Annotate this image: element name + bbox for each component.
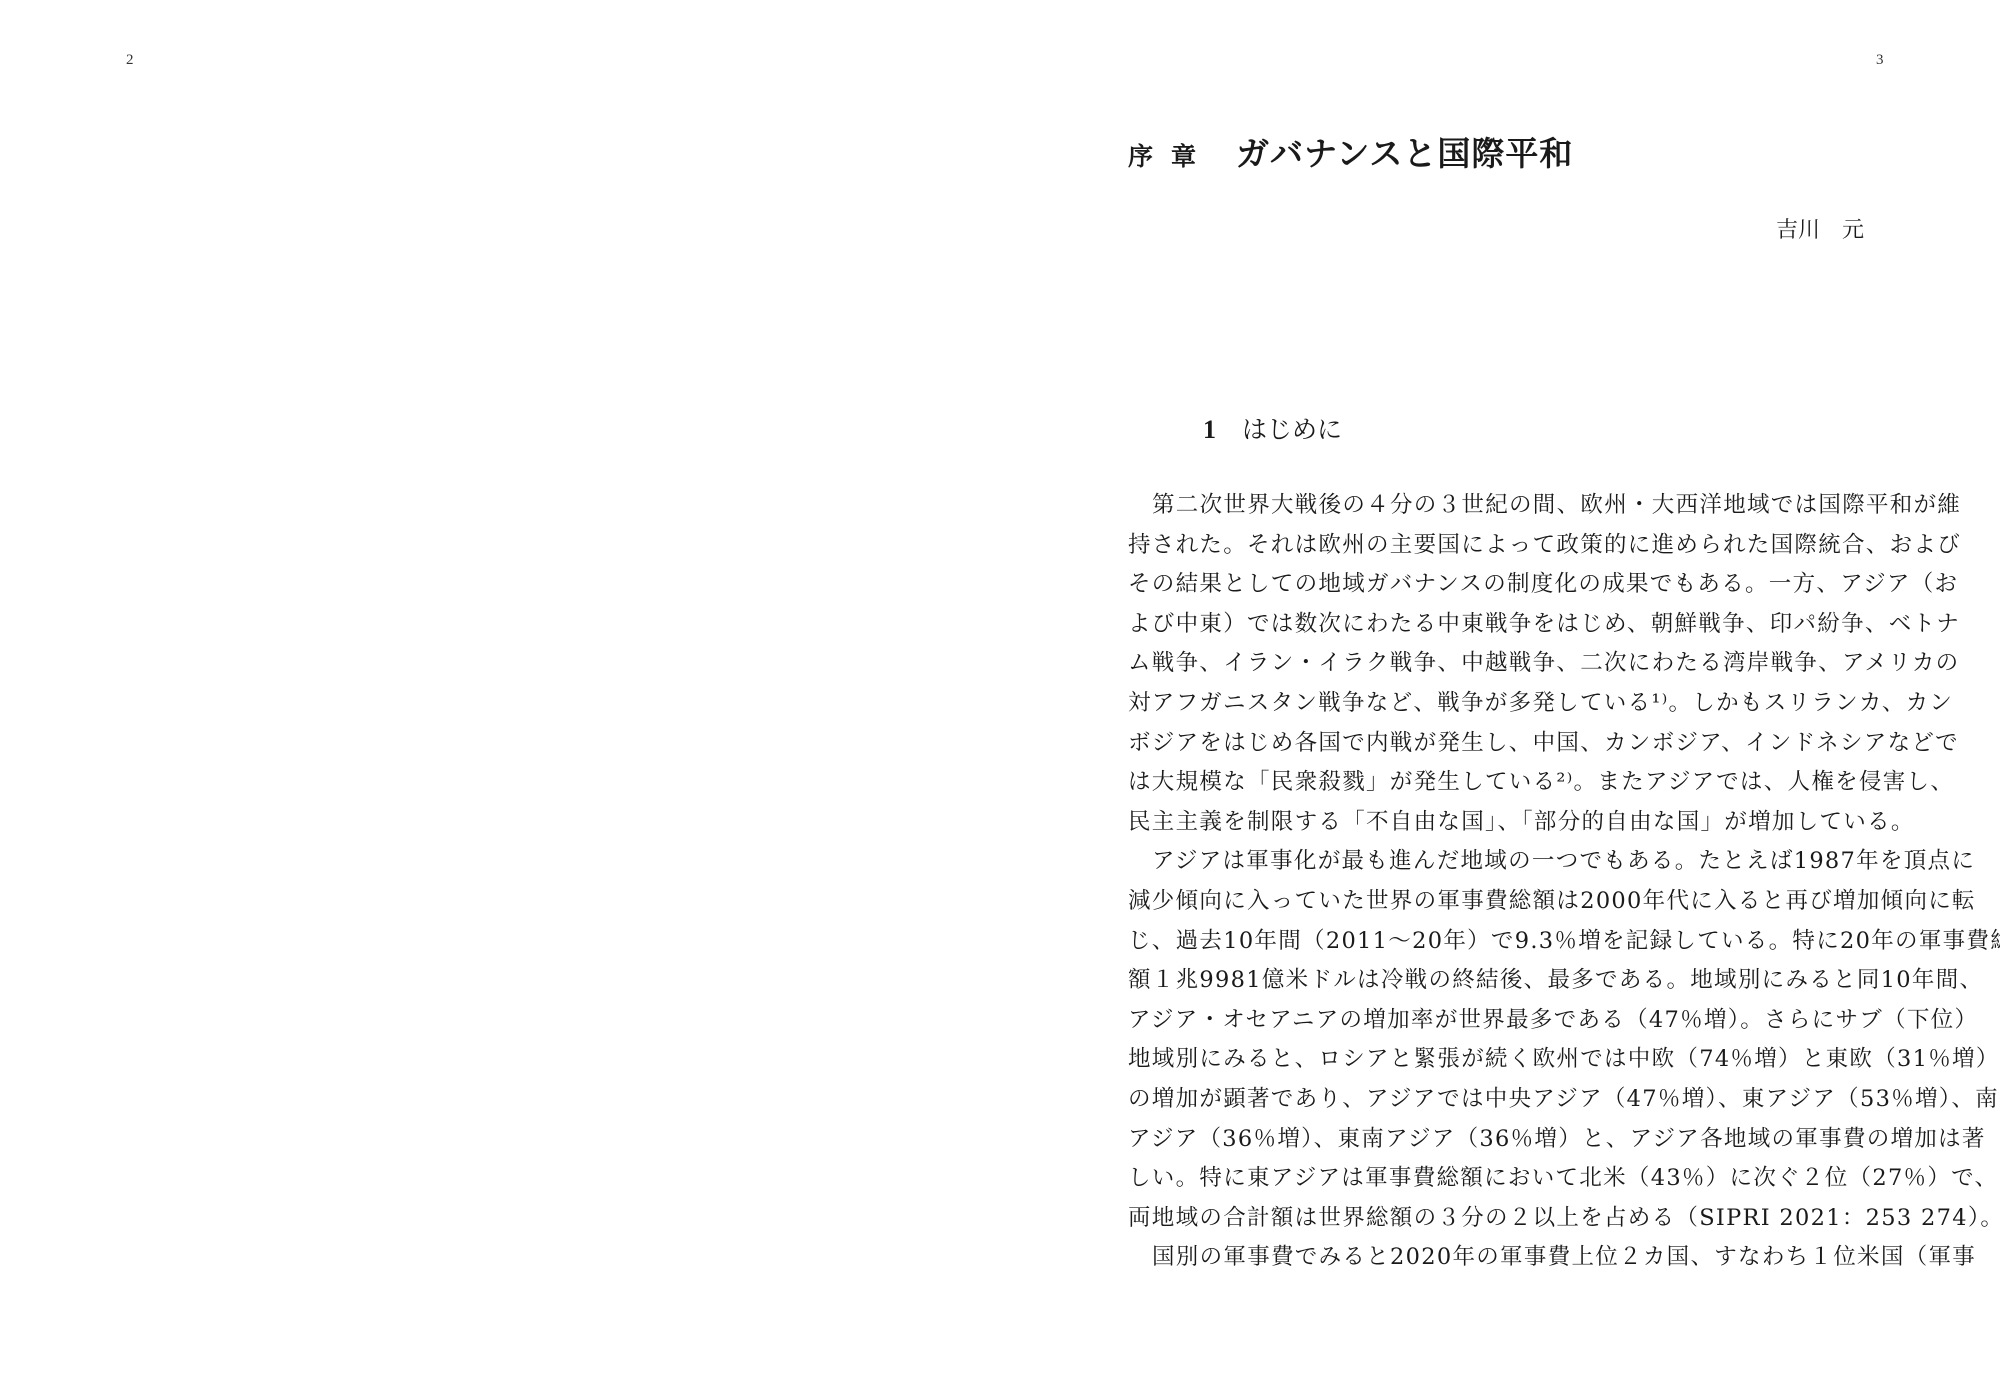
body-line: 国別の軍事費でみると2020年の軍事費上位２カ国、すなわち１位米国（軍事 — [1128, 1238, 1918, 1278]
section-heading: 1 はじめに — [1203, 410, 1342, 446]
body-line: しい。特に東アジアは軍事費総額において北米（43％）に次ぐ２位（27％）で、 — [1128, 1159, 1918, 1199]
right-page: 3 序章 ガバナンスと国際平和 吉川 元 1 はじめに 第二次世界大戦後の４分の… — [1000, 0, 2000, 1384]
chapter-name: ガバナンスと国際平和 — [1236, 128, 1573, 175]
body-line: は大規模な「民衆殺戮」が発生している²⁾。またアジアでは、人権を侵害し、 — [1128, 763, 1918, 803]
chapter-label: 序章 — [1128, 137, 1214, 173]
body-line: じ、過去10年間（2011～20年）で9.3％増を記録している。特に20年の軍事… — [1128, 922, 1918, 962]
body-line: 第二次世界大戦後の４分の３世紀の間、欧州・大西洋地域では国際平和が維 — [1128, 486, 1918, 526]
chapter-title: 序章 ガバナンスと国際平和 — [1128, 128, 1573, 175]
body-line: 両地域の合計額は世界総額の３分の２以上を占める（SIPRI 2021：253 2… — [1128, 1199, 1918, 1239]
body-line: その結果としての地域ガバナンスの制度化の成果でもある。一方、アジア（お — [1128, 565, 1918, 605]
body-line: アジア（36％増）、東南アジア（36％増）と、アジア各地域の軍事費の増加は著 — [1128, 1120, 1918, 1160]
body-line: アジア・オセアニアの増加率が世界最多である（47％増）。さらにサブ（下位） — [1128, 1001, 1918, 1041]
body-line: アジアは軍事化が最も進んだ地域の一つでもある。たとえば1987年を頂点に — [1128, 842, 1918, 882]
body-line: ボジアをはじめ各国で内戦が発生し、中国、カンボジア、インドネシアなどで — [1128, 724, 1918, 764]
body-line: 対アフガニスタン戦争など、戦争が多発している¹⁾。しかもスリランカ、カン — [1128, 684, 1918, 724]
section-title: はじめに — [1242, 410, 1342, 446]
body-text: 第二次世界大戦後の４分の３世紀の間、欧州・大西洋地域では国際平和が維 持された。… — [1128, 486, 1918, 1278]
body-line: ム戦争、イラン・イラク戦争、中越戦争、二次にわたる湾岸戦争、アメリカの — [1128, 644, 1918, 684]
left-page: 2 — [0, 0, 1000, 1384]
body-line: の増加が顕著であり、アジアでは中央アジア（47％増）、東アジア（53％増）、南 — [1128, 1080, 1918, 1120]
body-line: よび中東）では数次にわたる中東戦争をはじめ、朝鮮戦争、印パ紛争、ベトナ — [1128, 605, 1918, 645]
body-line: 額１兆9981億米ドルは冷戦の終結後、最多である。地域別にみると同10年間、 — [1128, 961, 1918, 1001]
author-name: 吉川 元 — [1776, 213, 1864, 244]
body-line: 民主主義を制限する「不自由な国」、「部分的自由な国」が増加している。 — [1128, 803, 1918, 843]
body-line: 地域別にみると、ロシアと緊張が続く欧州では中欧（74％増）と東欧（31％増） — [1128, 1040, 1918, 1080]
book-spread: 2 3 序章 ガバナンスと国際平和 吉川 元 1 はじめに 第二次世界大戦後の４… — [0, 0, 2000, 1384]
body-line: 減少傾向に入っていた世界の軍事費総額は2000年代に入ると再び増加傾向に転 — [1128, 882, 1918, 922]
section-number: 1 — [1203, 415, 1216, 445]
page-number-right: 3 — [1876, 52, 1884, 69]
page-number-left: 2 — [126, 52, 134, 69]
body-line: 持された。それは欧州の主要国によって政策的に進められた国際統合、および — [1128, 526, 1918, 566]
